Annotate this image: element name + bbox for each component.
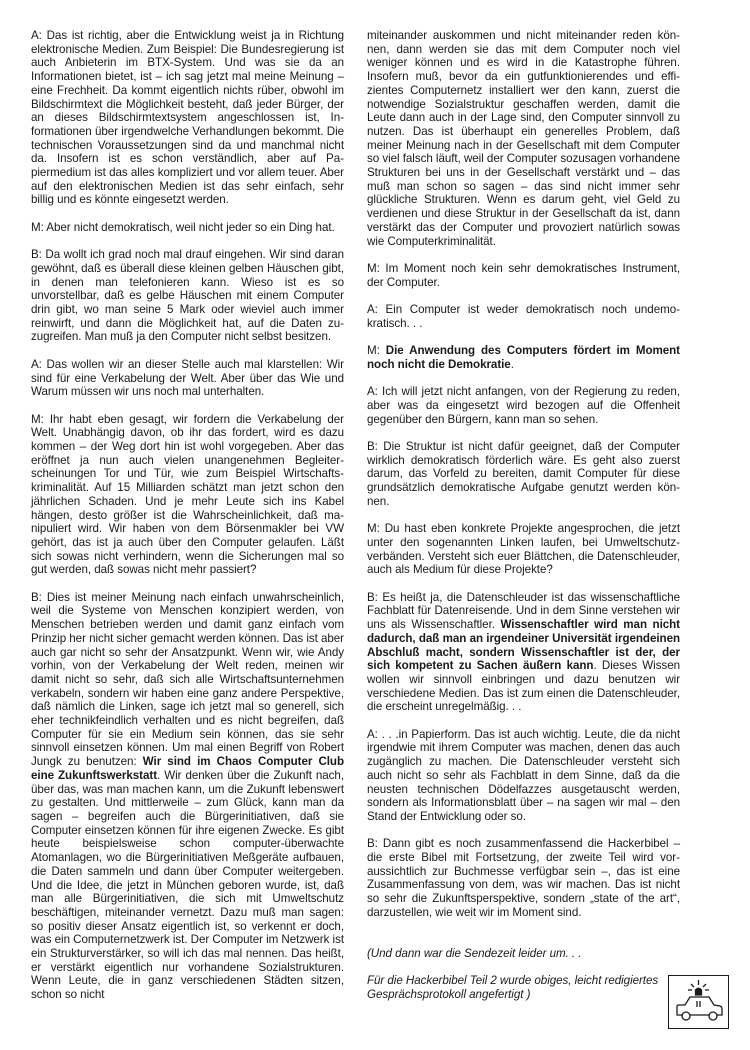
right-column: miteinander auskommen und nicht miteinan…	[367, 29, 680, 1015]
paragraph-text: M: Im Moment noch kein sehr demokratisch…	[367, 262, 680, 289]
left-column: A: Das ist richtig, aber die Entwicklung…	[31, 29, 344, 1016]
paragraph-m-3: M: Im Moment noch kein sehr demokratisch…	[367, 262, 680, 289]
paragraph-a-4: A: Ich will jetzt nicht anfangen, von de…	[367, 385, 680, 426]
paragraph-b-2-continued: miteinander auskommen und nicht miteinan…	[367, 29, 680, 248]
paragraph-text: B: Dies ist meiner Meinung nach einfach …	[31, 591, 344, 768]
paragraph-b-2: B: Dies ist meiner Meinung nach einfach …	[31, 591, 344, 1002]
paragraph-text: A: Das ist richtig, aber die Entwicklung…	[31, 29, 344, 206]
paragraph-text: A: Das wollen wir an dieser Stelle auch …	[31, 358, 344, 398]
paragraph-a-5: A: . . .in Papierform. Das ist auch wich…	[367, 728, 680, 824]
paragraph-text: A: Ich will jetzt nicht anfangen, von de…	[367, 385, 680, 425]
document-page: A: Das ist richtig, aber die Entwicklung…	[0, 0, 750, 1050]
paragraph-text: .	[511, 358, 514, 371]
paragraph-b-3: B: Die Struktur ist nicht dafür geeignet…	[367, 440, 680, 509]
paragraph-text: M: Du hast eben konkrete Projekte angesp…	[367, 522, 680, 576]
paragraph-m-5: M: Du hast eben konkrete Projekte angesp…	[367, 522, 680, 577]
paragraph-text: M:	[367, 344, 386, 357]
bold-emphasis: Die Anwendung des Computers fördert im M…	[367, 344, 680, 371]
paragraph-text: . Wir denken über die Zukunft nach, über…	[31, 769, 344, 1001]
spacer	[367, 933, 680, 947]
paragraph-a-1: A: Das ist richtig, aber die Entwicklung…	[31, 29, 344, 207]
paragraph-text: B: Da wollt ich grad noch mal drauf eing…	[31, 248, 344, 343]
paragraph-text: A: . . .in Papierform. Das ist auch wich…	[367, 728, 680, 823]
paragraph-m-4: M: Die Anwendung des Computers fördert i…	[367, 344, 680, 371]
police-car-siren-icon	[668, 975, 729, 1029]
paragraph-text: M: Ihr habt eben gesagt, wir fordern die…	[31, 413, 344, 577]
paragraph-text: M: Aber nicht demokratisch, weil nicht j…	[31, 221, 335, 234]
paragraph-b-4: B: Es heißt ja, die Datenschleuder ist d…	[367, 591, 680, 714]
paragraph-text: A: Ein Computer ist weder demokratisch n…	[367, 303, 680, 330]
closing-note-2: Für die Hackerbibel Teil 2 wurde obiges,…	[367, 974, 680, 1001]
paragraph-text: B: Dann gibt es noch zusammenfassend die…	[367, 837, 680, 919]
paragraph-b-5: B: Dann gibt es noch zusammenfassend die…	[367, 837, 680, 919]
closing-note-1: (Und dann war die Sendezeit leider um. .…	[367, 947, 680, 961]
paragraph-b-1: B: Da wollt ich grad noch mal drauf eing…	[31, 248, 344, 344]
paragraph-a-3: A: Ein Computer ist weder demokratisch n…	[367, 303, 680, 330]
paragraph-m-2: M: Ihr habt eben gesagt, wir fordern die…	[31, 413, 344, 577]
paragraph-a-2: A: Das wollen wir an dieser Stelle auch …	[31, 358, 344, 399]
paragraph-text: miteinander auskommen und nicht miteinan…	[367, 29, 680, 248]
paragraph-m-1: M: Aber nicht demokratisch, weil nicht j…	[31, 221, 344, 235]
paragraph-text: B: Die Struktur ist nicht dafür geeignet…	[367, 440, 680, 508]
